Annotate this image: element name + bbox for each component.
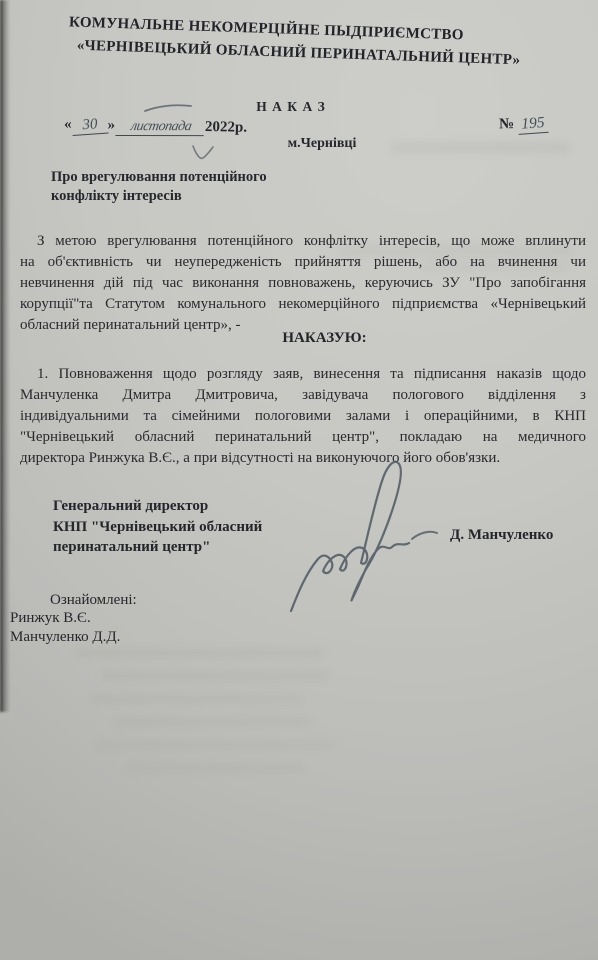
signer-title-block: Генеральний директор КНП "Чернівецький о…: [53, 496, 262, 558]
date-line: «30»листопада2022р.: [64, 116, 247, 138]
number-label: №: [499, 116, 514, 132]
signer-title-line3: перинатальний центр": [53, 537, 262, 558]
close-quote: »: [107, 117, 115, 133]
subject-line1: Про врегулювання потенційного: [51, 168, 267, 187]
preamble-paragraph: З метою врегулювання потенційного конфлі…: [20, 231, 586, 336]
acknowledged-name: Ринжук В.Є.: [10, 610, 91, 627]
signer-title-line1: Генеральний директор: [53, 496, 262, 517]
preamble-line: на об'єктивність чи неупередженість прий…: [20, 252, 586, 273]
order-heading: НАКАЗУЮ:: [0, 330, 598, 347]
doc-type-heading: Н А К А З: [0, 99, 598, 115]
preamble-line: невчинення дій під час виконання повнова…: [20, 273, 586, 294]
bleed-through-artifact: [112, 717, 312, 727]
item1-line: 1. Повноваження щодо розгляду заяв, вине…: [20, 364, 586, 385]
preamble-line: З метою врегулювання потенційного конфлі…: [20, 231, 586, 252]
bleed-through-artifact: [95, 740, 335, 750]
signer-name: Д. Манчуленко: [450, 527, 553, 544]
year-printed: 2022р.: [205, 119, 247, 136]
org-header: КОМУНАЛЬНЕ НЕКОМЕРЦІЙНЕ ПЫДПРИЄМСТВО «ЧЕ…: [0, 9, 598, 75]
preamble-line: корупції"та Статутом комунального некоме…: [20, 294, 586, 315]
bleed-through-artifact: [75, 648, 325, 658]
order-number: № 195: [499, 115, 548, 135]
item1-line: директора Ринжука В.Є., а при відсутност…: [20, 448, 586, 469]
handwritten-number: 195: [517, 114, 548, 135]
item1-line: "Чернівецький обласний перинатальний цен…: [20, 427, 586, 448]
bleed-through-artifact: [125, 763, 305, 773]
order-item-1: 1. Повноваження щодо розгляду заяв, вине…: [20, 364, 586, 469]
acknowledged-label: Ознайомлені:: [50, 592, 137, 609]
city-line: м.Чернівці: [0, 136, 598, 152]
item1-line: індивідуальними та сімейними пологовими …: [20, 406, 586, 427]
subject-block: Про врегулювання потенційного конфлікту …: [51, 168, 267, 206]
bleed-through-artifact: [90, 694, 305, 704]
item1-line: Манчуленка Дмитра Дмитровича, завідувача…: [20, 385, 586, 406]
handwritten-day: 30: [71, 116, 108, 136]
scanned-order-document: КОМУНАЛЬНЕ НЕКОМЕРЦІЙНЕ ПЫДПРИЄМСТВО «ЧЕ…: [0, 0, 598, 960]
acknowledged-name: Манчуленко Д.Д.: [10, 629, 120, 646]
handwritten-month: листопада: [115, 119, 206, 136]
bleed-through-artifact: [100, 671, 330, 681]
subject-line2: конфлікту інтересів: [51, 187, 267, 206]
signer-title-line2: КНП "Чернівецький обласний: [53, 517, 262, 538]
